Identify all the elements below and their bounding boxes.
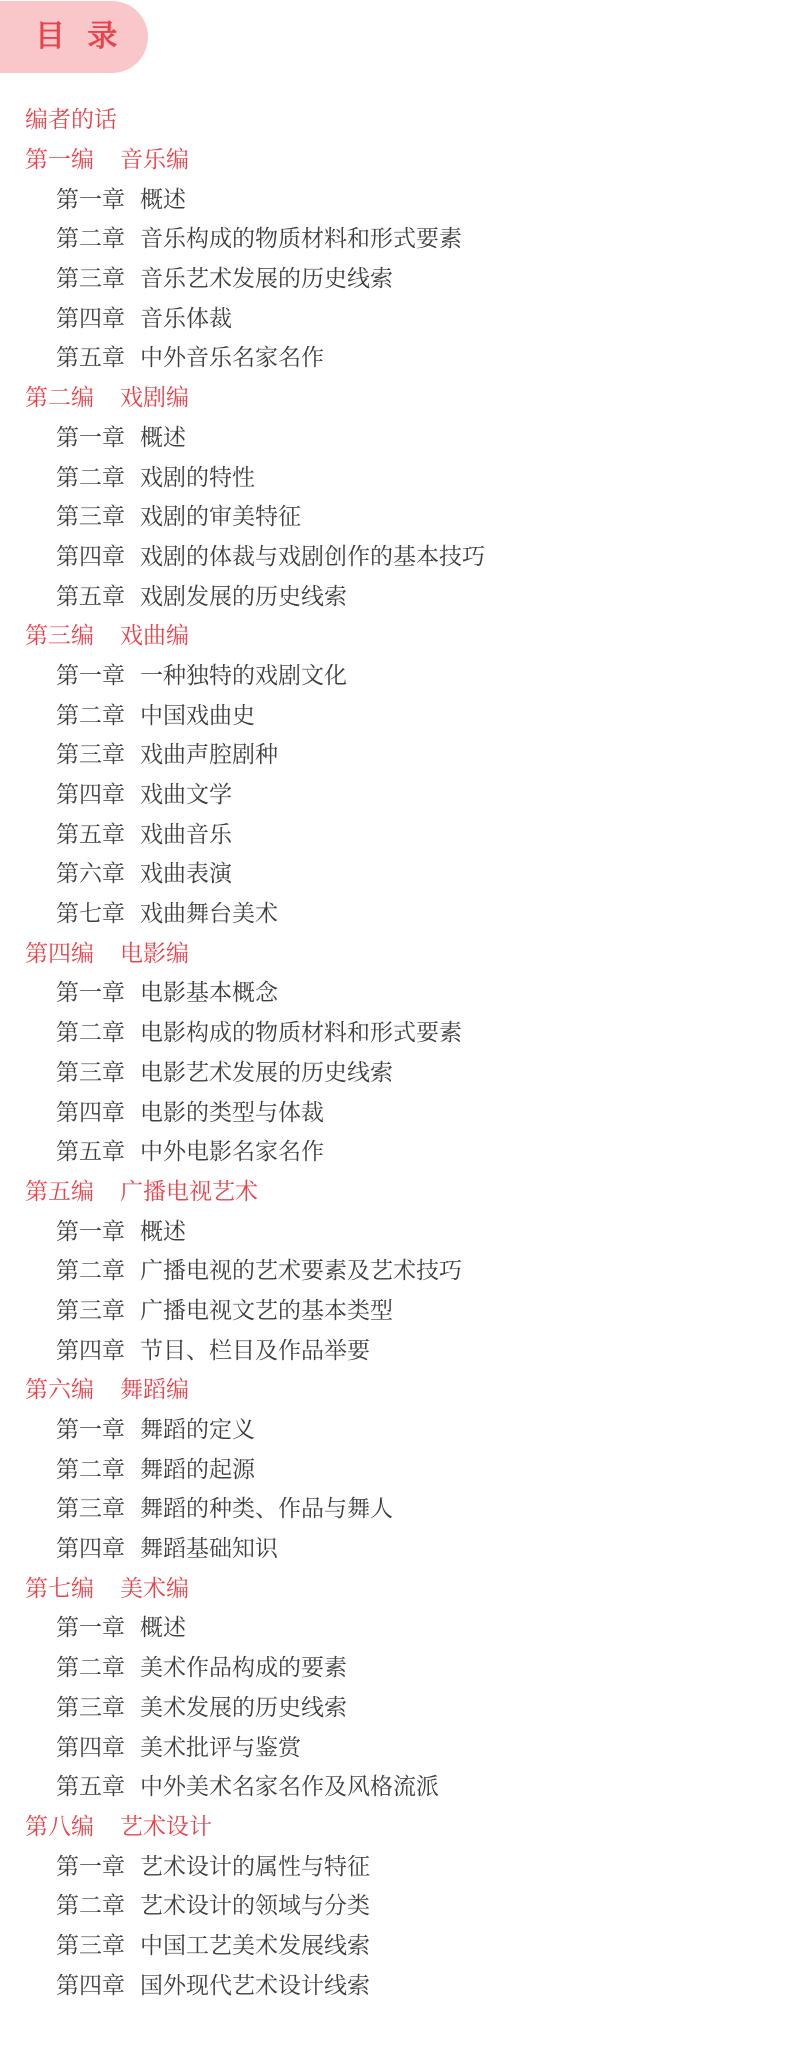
toc-section-7-chapter-3: 第三章美术发展的历史线索 (0, 1688, 790, 1728)
toc-section-3-chapter-7: 第七章戏曲舞台美术 (0, 894, 790, 934)
toc-section-6-chapter-3-number: 第三章 (56, 1497, 125, 1520)
toc-section-2-chapter-1-number: 第一章 (56, 426, 125, 449)
toc-section-4-number: 第四编 (25, 942, 94, 965)
toc-section-7-chapter-4: 第四章美术批评与鉴赏 (0, 1727, 790, 1767)
toc-section-2-number: 第二编 (25, 386, 94, 409)
toc-section-8-chapter-3-title: 中国工艺美术发展线索 (140, 1934, 370, 1957)
toc-section-1-chapter-2-number: 第二章 (56, 227, 125, 250)
toc-section-3-chapter-2-number: 第二章 (56, 704, 125, 727)
toc-section-8-chapter-2-title: 艺术设计的领域与分类 (140, 1894, 370, 1917)
toc-section-5-chapter-3-number: 第三章 (56, 1299, 125, 1322)
toc-section-1-number: 第一编 (25, 148, 94, 171)
toc-section-5-chapter-4-title: 节目、栏目及作品举要 (140, 1339, 370, 1362)
toc-section-4-chapter-5-number: 第五章 (56, 1140, 125, 1163)
toc-section-4-chapter-5-title: 中外电影名家名作 (140, 1140, 324, 1163)
toc-section-5-chapter-2-title: 广播电视的艺术要素及艺术技巧 (140, 1259, 462, 1282)
toc-section-5-chapter-1-title: 概述 (140, 1220, 186, 1243)
toc-section-3-title: 戏曲编 (120, 624, 189, 647)
toc-section-4-chapter-5: 第五章中外电影名家名作 (0, 1132, 790, 1172)
toc-section-3-number: 第三编 (25, 624, 94, 647)
toc-section-3-chapter-4: 第四章戏曲文学 (0, 775, 790, 815)
toc-section-3-chapter-4-title: 戏曲文学 (140, 783, 232, 806)
toc-section-4-chapter-1-title: 电影基本概念 (140, 981, 278, 1004)
toc-section-2-chapter-4-title: 戏剧的体裁与戏剧创作的基本技巧 (140, 545, 485, 568)
toc-section-3-chapter-1-title: 一种独特的戏剧文化 (140, 664, 347, 687)
toc-section-5-chapter-1: 第一章概述 (0, 1211, 790, 1251)
toc-section-2-chapter-5-title: 戏剧发展的历史线索 (140, 585, 347, 608)
toc-section-6-chapter-2-title: 舞蹈的起源 (140, 1458, 255, 1481)
toc-section-6-chapter-2-number: 第二章 (56, 1458, 125, 1481)
toc-section-8-chapter-1: 第一章艺术设计的属性与特征 (0, 1846, 790, 1886)
toc-section-7-chapter-2-number: 第二章 (56, 1656, 125, 1679)
toc-section-4-chapter-3: 第三章电影艺术发展的历史线索 (0, 1053, 790, 1093)
toc-section-1: 第一编音乐编 (0, 140, 790, 180)
toc-section-2-title: 戏剧编 (120, 386, 189, 409)
toc-section-1-chapter-2: 第二章音乐构成的物质材料和形式要素 (0, 219, 790, 259)
toc-section-5-chapter-4-number: 第四章 (56, 1339, 125, 1362)
toc-section-6-chapter-3-title: 舞蹈的种类、作品与舞人 (140, 1497, 393, 1520)
toc-section-7-chapter-5-title: 中外美术名家名作及风格流派 (140, 1775, 439, 1798)
toc-section-6-chapter-4: 第四章舞蹈基础知识 (0, 1529, 790, 1569)
toc-section-7-title: 美术编 (120, 1577, 189, 1600)
toc-section-4-chapter-2: 第二章电影构成的物质材料和形式要素 (0, 1013, 790, 1053)
toc-section-7-number: 第七编 (25, 1577, 94, 1600)
toc-section-2-chapter-5: 第五章戏剧发展的历史线索 (0, 576, 790, 616)
toc-section-4-chapter-4-number: 第四章 (56, 1101, 125, 1124)
toc-section-8-number: 第八编 (25, 1815, 94, 1838)
toc-section-4-chapter-1: 第一章电影基本概念 (0, 973, 790, 1013)
toc-section-4-chapter-3-title: 电影艺术发展的历史线索 (140, 1061, 393, 1084)
toc-section-2-chapter-1: 第一章概述 (0, 418, 790, 458)
toc-section-2-chapter-5-number: 第五章 (56, 585, 125, 608)
toc-section-6-title: 舞蹈编 (120, 1378, 189, 1401)
toc-section-6-number: 第六编 (25, 1378, 94, 1401)
toc-section-4: 第四编电影编 (0, 933, 790, 973)
toc-section-4-chapter-2-number: 第二章 (56, 1021, 125, 1044)
toc-section-1-chapter-2-title: 音乐构成的物质材料和形式要素 (140, 227, 462, 250)
toc-section-6-chapter-3: 第三章舞蹈的种类、作品与舞人 (0, 1489, 790, 1529)
toc-section-2-chapter-4-number: 第四章 (56, 545, 125, 568)
toc-section-7: 第七编美术编 (0, 1568, 790, 1608)
toc-section-4-chapter-1-number: 第一章 (56, 981, 125, 1004)
toc-section-2-chapter-4: 第四章戏剧的体裁与戏剧创作的基本技巧 (0, 537, 790, 577)
toc-section-8-chapter-3-number: 第三章 (56, 1934, 125, 1957)
toc-section-1-chapter-4: 第四章音乐体裁 (0, 298, 790, 338)
toc-section-6-chapter-2: 第二章舞蹈的起源 (0, 1449, 790, 1489)
page-title: 目 录 (35, 22, 124, 52)
toc-section-3-chapter-5: 第五章戏曲音乐 (0, 814, 790, 854)
toc-section-8-chapter-4-number: 第四章 (56, 1974, 125, 1997)
toc-section-8-chapter-4-title: 国外现代艺术设计线索 (140, 1974, 370, 1997)
toc-section-3-chapter-7-title: 戏曲舞台美术 (140, 902, 278, 925)
toc-section-8-chapter-2-number: 第二章 (56, 1894, 125, 1917)
toc-section-1-chapter-3: 第三章音乐艺术发展的历史线索 (0, 259, 790, 299)
toc-section-8-chapter-2: 第二章艺术设计的领域与分类 (0, 1886, 790, 1926)
toc-section-5-chapter-3: 第三章广播电视文艺的基本类型 (0, 1291, 790, 1331)
toc-section-3-chapter-2: 第二章中国戏曲史 (0, 695, 790, 735)
toc-section-7-chapter-3-number: 第三章 (56, 1696, 125, 1719)
toc-section-3-chapter-5-number: 第五章 (56, 823, 125, 846)
toc-section-1-chapter-3-title: 音乐艺术发展的历史线索 (140, 267, 393, 290)
toc-section-1-chapter-5-title: 中外音乐名家名作 (140, 346, 324, 369)
toc-section-2-chapter-3-title: 戏剧的审美特征 (140, 505, 301, 528)
toc-section-3-chapter-4-number: 第四章 (56, 783, 125, 806)
toc-section-3-chapter-7-number: 第七章 (56, 902, 125, 925)
toc-section-1-chapter-1-title: 概述 (140, 188, 186, 211)
toc-section-3-chapter-1-number: 第一章 (56, 664, 125, 687)
toc-section-6-chapter-1-number: 第一章 (56, 1418, 125, 1441)
toc-section-2-chapter-3: 第三章戏剧的审美特征 (0, 497, 790, 537)
toc-section-5-chapter-1-number: 第一章 (56, 1220, 125, 1243)
toc-section-3-chapter-6-title: 戏曲表演 (140, 862, 232, 885)
toc-preface-title: 编者的话 (25, 108, 117, 131)
toc-section-7-chapter-5-number: 第五章 (56, 1775, 125, 1798)
toc-section-7-chapter-4-title: 美术批评与鉴赏 (140, 1736, 301, 1759)
toc-section-3: 第三编戏曲编 (0, 616, 790, 656)
toc-section-5: 第五编广播电视艺术 (0, 1172, 790, 1212)
toc-section-8-chapter-1-number: 第一章 (56, 1855, 125, 1878)
toc-section-1-chapter-4-number: 第四章 (56, 307, 125, 330)
toc-section-4-chapter-3-number: 第三章 (56, 1061, 125, 1084)
toc-section-6-chapter-1-title: 舞蹈的定义 (140, 1418, 255, 1441)
toc-section-1-chapter-1-number: 第一章 (56, 188, 125, 211)
toc-section-6-chapter-1: 第一章舞蹈的定义 (0, 1410, 790, 1450)
toc-section-8-chapter-3: 第三章中国工艺美术发展线索 (0, 1926, 790, 1966)
toc-section-7-chapter-5: 第五章中外美术名家名作及风格流派 (0, 1767, 790, 1807)
toc-section-5-chapter-2: 第二章广播电视的艺术要素及艺术技巧 (0, 1251, 790, 1291)
toc-section-3-chapter-3-title: 戏曲声腔剧种 (140, 743, 278, 766)
toc-section-2-chapter-2-title: 戏剧的特性 (140, 466, 255, 489)
toc-section-5-title: 广播电视艺术 (120, 1180, 258, 1203)
toc-section-7-chapter-2: 第二章美术作品构成的要素 (0, 1648, 790, 1688)
toc-section-5-number: 第五编 (25, 1180, 94, 1203)
toc-section-2-chapter-2-number: 第二章 (56, 466, 125, 489)
toc-section-7-chapter-1-number: 第一章 (56, 1616, 125, 1639)
toc-section-7-chapter-1: 第一章概述 (0, 1608, 790, 1648)
toc-section-3-chapter-1: 第一章一种独特的戏剧文化 (0, 656, 790, 696)
toc-section-3-chapter-5-title: 戏曲音乐 (140, 823, 232, 846)
toc-section-7-chapter-4-number: 第四章 (56, 1736, 125, 1759)
toc-section-4-chapter-2-title: 电影构成的物质材料和形式要素 (140, 1021, 462, 1044)
toc-section-2-chapter-1-title: 概述 (140, 426, 186, 449)
toc-section-1-chapter-5-number: 第五章 (56, 346, 125, 369)
toc-section-7-chapter-3-title: 美术发展的历史线索 (140, 1696, 347, 1719)
toc-section-4-chapter-4: 第四章电影的类型与体裁 (0, 1092, 790, 1132)
toc-section-6-chapter-4-number: 第四章 (56, 1537, 125, 1560)
toc-section-4-chapter-4-title: 电影的类型与体裁 (140, 1101, 324, 1124)
toc-section-4-title: 电影编 (120, 942, 189, 965)
toc-section-1-title: 音乐编 (120, 148, 189, 171)
toc-section-2: 第二编戏剧编 (0, 378, 790, 418)
toc-section-2-chapter-2: 第二章戏剧的特性 (0, 457, 790, 497)
toc-section-1-chapter-1: 第一章概述 (0, 179, 790, 219)
toc-section-3-chapter-6-number: 第六章 (56, 862, 125, 885)
toc-section-8-chapter-4: 第四章国外现代艺术设计线索 (0, 1965, 790, 2005)
toc-preface: 编者的话 (0, 100, 790, 140)
toc-section-7-chapter-2-title: 美术作品构成的要素 (140, 1656, 347, 1679)
toc-section-7-chapter-1-title: 概述 (140, 1616, 186, 1639)
toc-section-6: 第六编舞蹈编 (0, 1370, 790, 1410)
toc-section-3-chapter-3: 第三章戏曲声腔剧种 (0, 735, 790, 775)
toc-section-5-chapter-3-title: 广播电视文艺的基本类型 (140, 1299, 393, 1322)
toc-section-1-chapter-3-number: 第三章 (56, 267, 125, 290)
toc-title-badge: 目 录 (0, 1, 148, 73)
toc-section-5-chapter-2-number: 第二章 (56, 1259, 125, 1282)
toc-section-5-chapter-4: 第四章节目、栏目及作品举要 (0, 1330, 790, 1370)
toc-section-1-chapter-4-title: 音乐体裁 (140, 307, 232, 330)
toc-section-8: 第八编艺术设计 (0, 1807, 790, 1847)
toc-list: 编者的话第一编音乐编第一章概述第二章音乐构成的物质材料和形式要素第三章音乐艺术发… (0, 100, 790, 2005)
toc-section-8-chapter-1-title: 艺术设计的属性与特征 (140, 1855, 370, 1878)
toc-section-2-chapter-3-number: 第三章 (56, 505, 125, 528)
toc-section-3-chapter-3-number: 第三章 (56, 743, 125, 766)
toc-section-3-chapter-2-title: 中国戏曲史 (140, 704, 255, 727)
toc-section-1-chapter-5: 第五章中外音乐名家名作 (0, 338, 790, 378)
toc-section-6-chapter-4-title: 舞蹈基础知识 (140, 1537, 278, 1560)
toc-section-3-chapter-6: 第六章戏曲表演 (0, 854, 790, 894)
toc-section-8-title: 艺术设计 (120, 1815, 212, 1838)
